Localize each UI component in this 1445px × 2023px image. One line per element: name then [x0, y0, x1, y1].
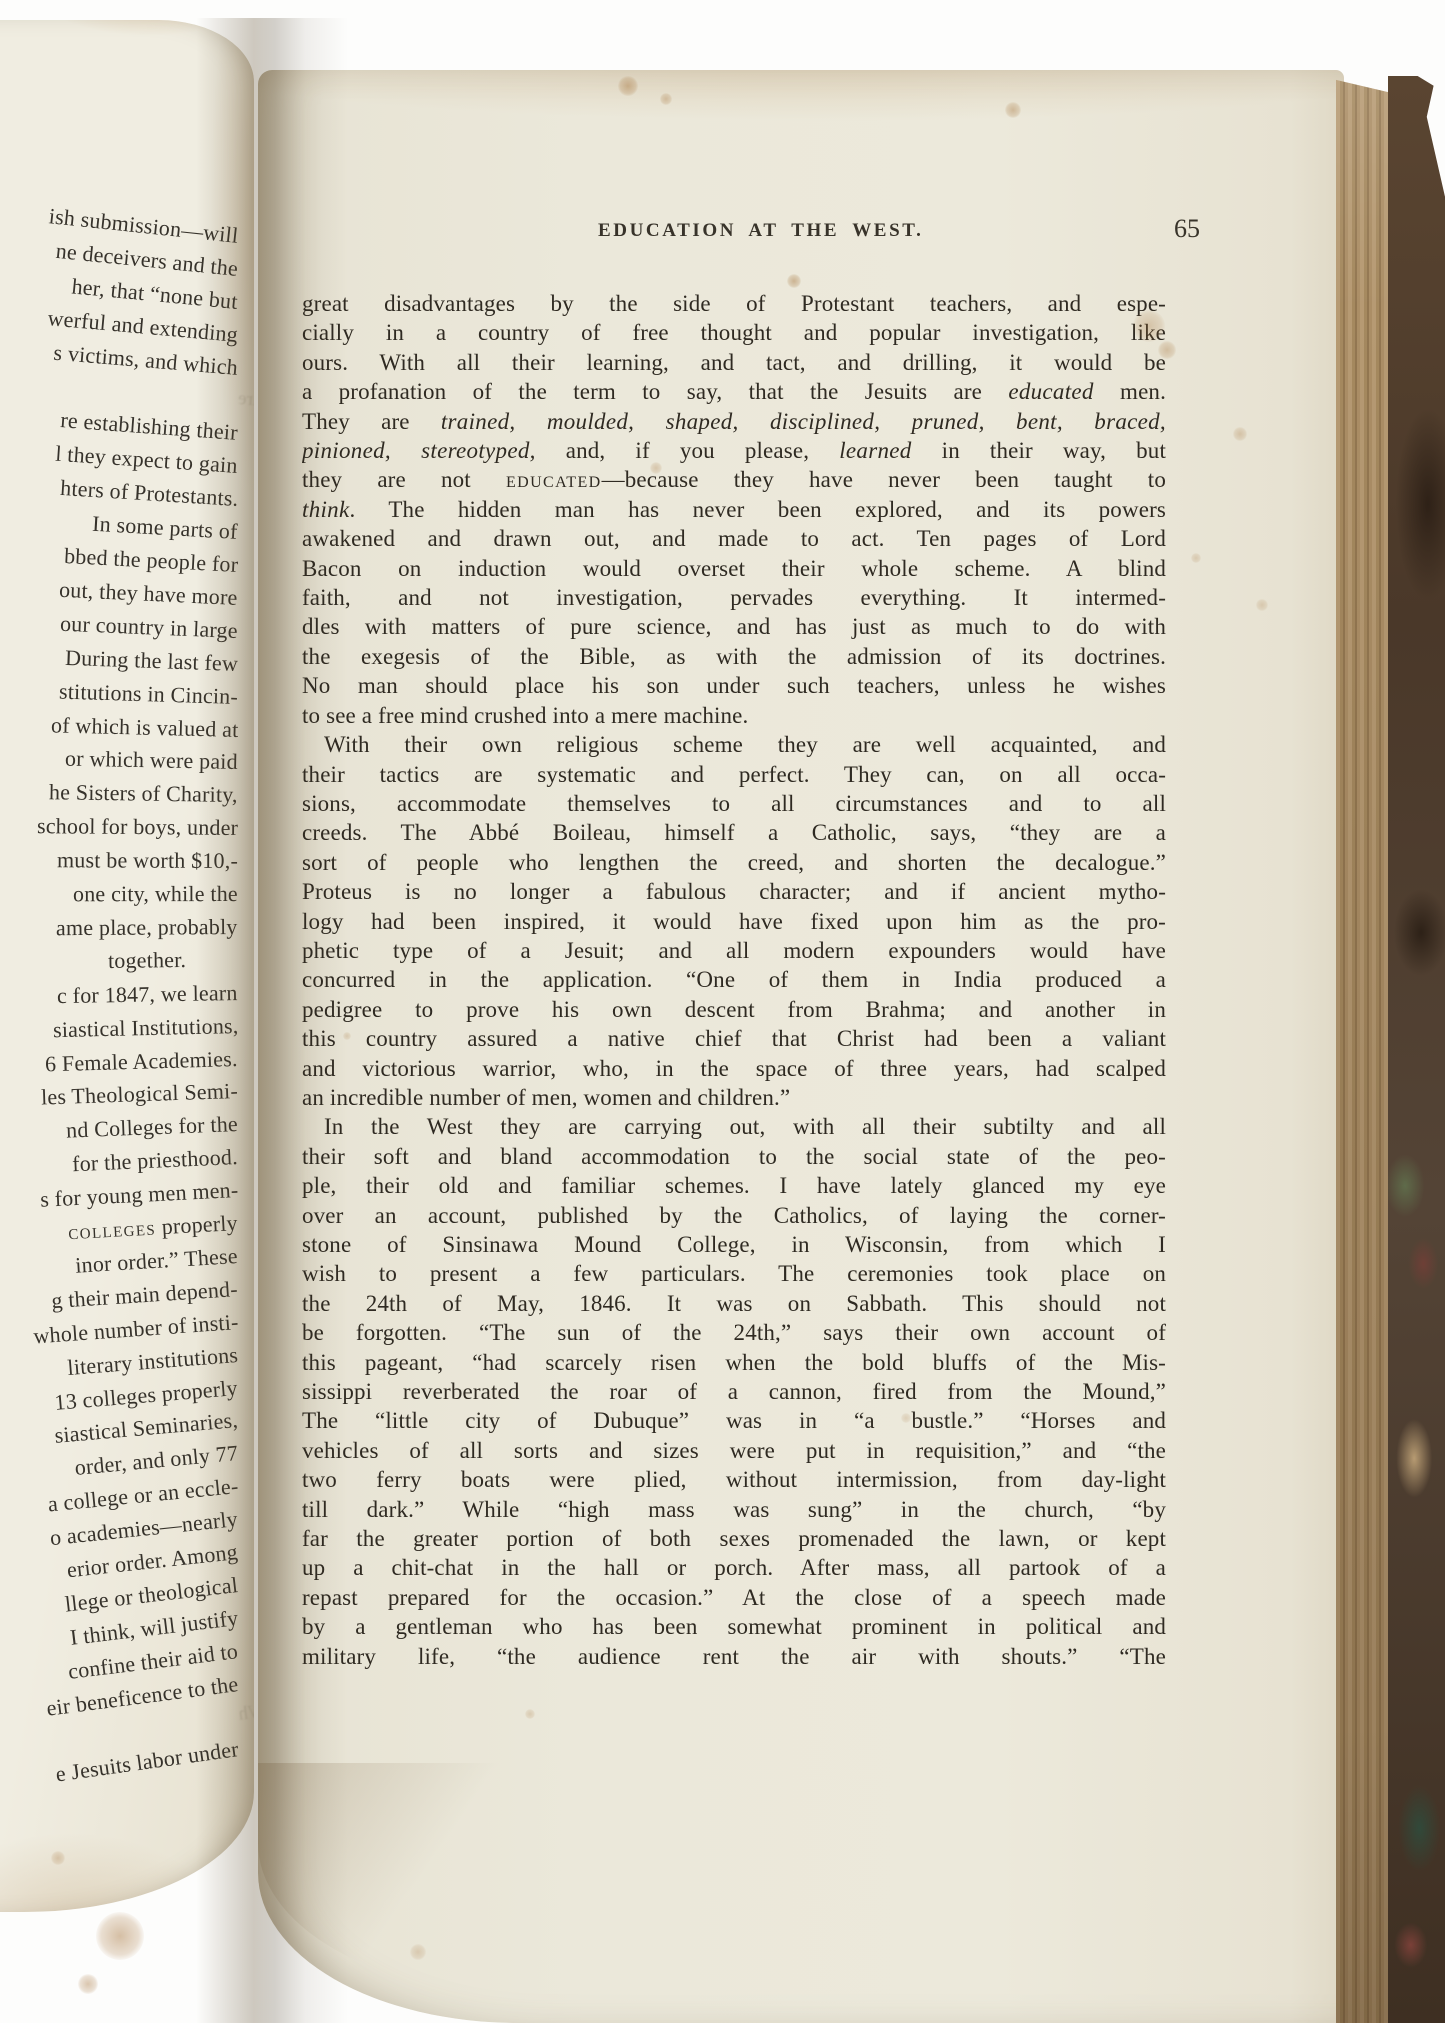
page-number: 65	[1174, 214, 1200, 244]
left-page-line: l they expect to gain	[55, 441, 239, 479]
left-page-line: nd Colleges for the	[66, 1111, 239, 1144]
left-page-line: During the last few	[65, 645, 239, 677]
text-line: repast prepared for the occasion.” At th…	[302, 1583, 1166, 1612]
left-page-line: literary institutions	[66, 1342, 238, 1381]
text-line: two ferry boats were plied, without inte…	[302, 1465, 1166, 1494]
marbled-cover-board	[1388, 76, 1445, 2023]
text-line: sissippi reverberated the roar of a cann…	[302, 1377, 1166, 1406]
left-page-ghost-line: The Jesuits are	[237, 388, 254, 419]
left-page-line: siastical Institutions,	[52, 1013, 238, 1043]
text-line: far the greater portion of both sexes pr…	[302, 1524, 1166, 1553]
left-page-line: bbed the people for	[63, 543, 238, 578]
book-photo: ish submission—willne deceivers and theh…	[0, 0, 1445, 2023]
left-page-line: out, they have more	[59, 577, 239, 611]
left-page-line: school for boys, under	[37, 813, 238, 841]
left-page-line: re establishing their	[60, 408, 239, 447]
left-page-line: ame place, probably	[56, 914, 238, 941]
left-page-line: stitutions in Cincin-	[59, 678, 239, 709]
text-line: their soft and bland accommodation to th…	[302, 1142, 1166, 1171]
left-page-line: s for young men men-	[39, 1177, 238, 1213]
left-page-line: 6 Female Academies.	[45, 1046, 238, 1077]
left-page-line: for the priesthood.	[72, 1144, 239, 1177]
text-line: awakened and drawn out, and made to act.…	[302, 524, 1166, 553]
left-page-line: hters of Protestants.	[59, 475, 239, 512]
foxing-spot	[78, 1974, 98, 1994]
text-line: be forgotten. “The sun of the 24th,” say…	[302, 1318, 1166, 1347]
left-page-line: c for 1847, we learn	[57, 980, 238, 1009]
book-fore-edge	[1336, 74, 1394, 2023]
left-page-line: g their main depend-	[51, 1276, 239, 1314]
page-fold-shadow	[258, 1763, 538, 1993]
left-page-line: In some parts of	[92, 511, 239, 545]
text-line: They are trained, moulded, shaped, disci…	[302, 407, 1166, 436]
text-line: The “little city of Dubuque” was in “a b…	[302, 1406, 1166, 1435]
text-line: dles with matters of pure science, and h…	[302, 612, 1166, 641]
text-line: till dark.” While “high mass was sung” i…	[302, 1495, 1166, 1524]
left-page-line: must be worth $10,-	[57, 847, 238, 874]
text-line: concurred in the application. “One of th…	[302, 965, 1166, 994]
text-line: With their own religious scheme they are…	[302, 730, 1166, 759]
left-page-line: of which is valued at	[50, 712, 238, 743]
text-line: In the West they are carrying out, with …	[302, 1112, 1166, 1141]
left-page-line: colleges properly	[68, 1210, 239, 1245]
text-line: this pageant, “had scarcely risen when t…	[302, 1348, 1166, 1377]
text-line: pedigree to prove his own descent from B…	[302, 995, 1166, 1024]
text-line: and victorious warrior, who, in the spac…	[302, 1054, 1166, 1083]
text-line: cially in a country of free thought and …	[302, 318, 1166, 347]
foxing-spot	[96, 1912, 144, 1960]
text-line: think. The hidden man has never been exp…	[302, 495, 1166, 524]
text-line: wish to present a few particulars. The c…	[302, 1259, 1166, 1288]
left-page-line: whole number of insti-	[32, 1309, 239, 1349]
text-line: by a gentleman who has been somewhat pro…	[302, 1612, 1166, 1641]
left-page: ish submission—willne deceivers and theh…	[0, 20, 254, 1912]
left-page-line: he Sisters of Charity,	[49, 780, 238, 809]
text-line: their tactics are systematic and perfect…	[302, 760, 1166, 789]
text-line: No man should place his son under such t…	[302, 671, 1166, 700]
text-line: vehicles of all sorts and sizes were put…	[302, 1436, 1166, 1465]
text-line: an incredible number of men, women and c…	[302, 1083, 1166, 1112]
left-page-line: or which were paid	[65, 746, 238, 775]
right-page: EDUCATION AT THE WEST. 65 great disadvan…	[258, 70, 1344, 2023]
text-line: over an account, published by the Cathol…	[302, 1201, 1166, 1230]
text-line: creeds. The Abbé Boileau, himself a Cath…	[302, 818, 1166, 847]
text-line: a profanation of the term to say, that t…	[302, 377, 1166, 406]
text-line: Bacon on induction would overset their w…	[302, 554, 1166, 583]
text-line: logy had been inspired, it would have fi…	[302, 907, 1166, 936]
text-line: stone of Sinsinawa Mound College, in Wis…	[302, 1230, 1166, 1259]
text-line: this country assured a native chief that…	[302, 1024, 1166, 1053]
left-page-line: inor order.” These	[75, 1243, 239, 1279]
text-line: military life, “the audience rent the ai…	[302, 1642, 1166, 1671]
text-line: the exegesis of the Bible, as with the a…	[302, 642, 1166, 671]
left-page-line: together.	[108, 947, 186, 974]
left-page-line: les Theological Semi-	[41, 1078, 239, 1111]
text-line: great disadvantages by the side of Prote…	[302, 289, 1166, 318]
text-line: Proteus is no longer a fabulous characte…	[302, 877, 1166, 906]
text-line: ours. With all their learning, and tact,…	[302, 348, 1166, 377]
body-text: great disadvantages by the side of Prote…	[302, 289, 1166, 1671]
text-line: the 24th of May, 1846. It was on Sabbath…	[302, 1289, 1166, 1318]
text-line: phetic type of a Jesuit; and all modern …	[302, 936, 1166, 965]
text-line: ple, their old and familiar schemes. I h…	[302, 1171, 1166, 1200]
left-page-line: e Jesuits labor under	[54, 1737, 240, 1788]
text-line: sort of people who lengthen the creed, a…	[302, 848, 1166, 877]
left-page-line: our country in large	[60, 611, 239, 644]
text-line: to see a free mind crushed into a mere m…	[302, 701, 1166, 730]
text-line: up a chit-chat in the hall or porch. Aft…	[302, 1553, 1166, 1582]
text-line: faith, and not investigation, pervades e…	[302, 583, 1166, 612]
text-line: they are not educated—because they have …	[302, 465, 1166, 494]
left-page-line: one city, while the	[73, 881, 238, 907]
text-line: sions, accommodate themselves to all cir…	[302, 789, 1166, 818]
running-header: EDUCATION AT THE WEST.	[598, 220, 923, 242]
text-line: pinioned, stereotyped, and, if you pleas…	[302, 436, 1166, 465]
